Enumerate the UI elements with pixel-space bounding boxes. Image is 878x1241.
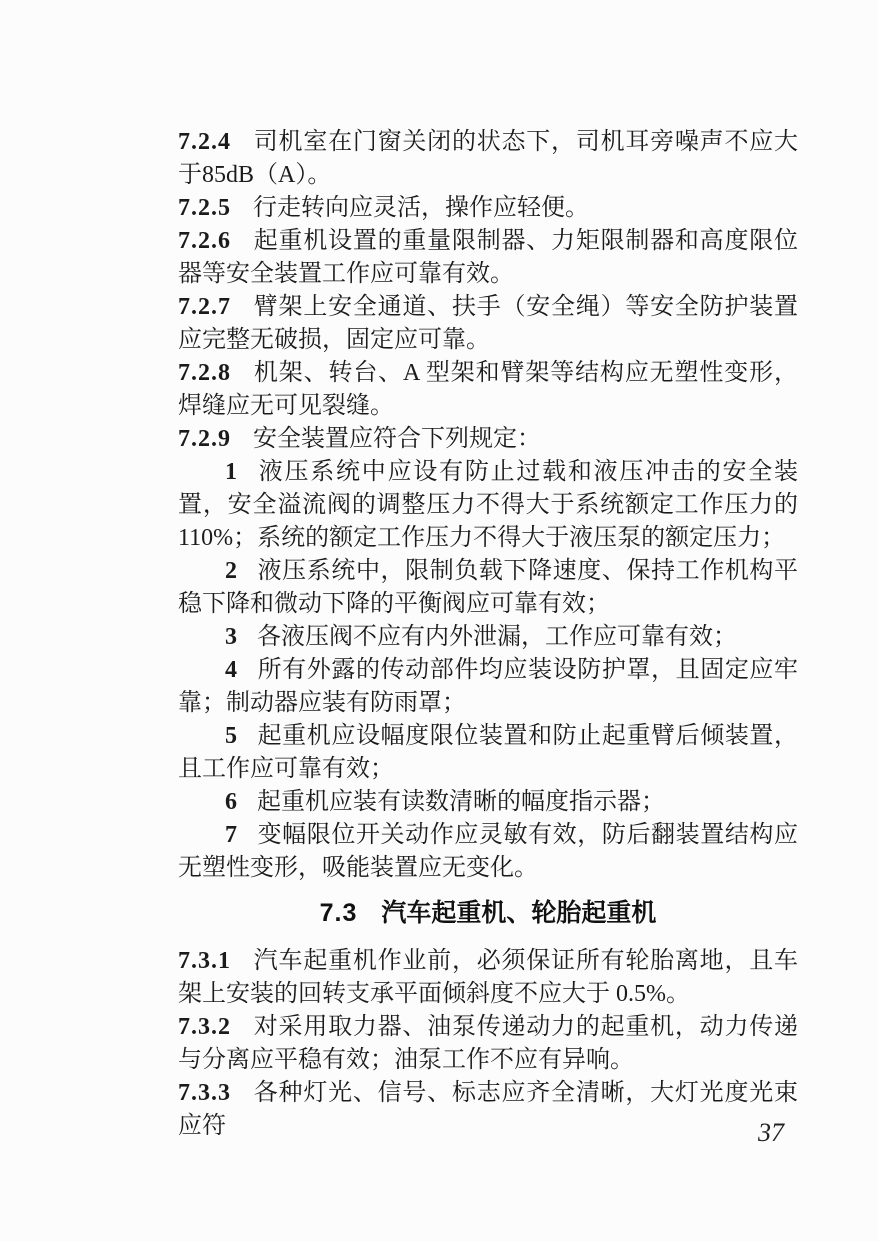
clause-7-3-2: 7.3.2对采用取力器、油泵传递动力的起重机，动力传递与分离应平稳有效；油泵工作…	[178, 1011, 798, 1077]
document-page: 7.2.4司机室在门窗关闭的状态下，司机耳旁噪声不应大于85dB（A）。 7.2…	[0, 0, 878, 1241]
clause-number: 7.2.9	[178, 426, 231, 452]
clause-text: 安全装置应符合下列规定：	[253, 426, 541, 452]
page-body-text: 7.2.4司机室在门窗关闭的状态下，司机耳旁噪声不应大于85dB（A）。 7.2…	[178, 126, 798, 1143]
item-number: 5	[225, 723, 237, 749]
section-heading: 7.3汽车起重机、轮胎起重机	[178, 893, 798, 933]
section-heading-title: 汽车起重机、轮胎起重机	[381, 899, 656, 927]
clause-text: 汽车起重机作业前，必须保证所有轮胎离地，且车架上安装的回转支承平面倾斜度不应大于…	[178, 948, 798, 1007]
clause-number: 7.3.2	[178, 1014, 231, 1040]
item-number: 7	[225, 822, 237, 848]
item-text: 起重机应装有读数清晰的幅度指示器；	[257, 789, 665, 815]
list-item-3: 3各液压阀不应有内外泄漏，工作应可靠有效；	[178, 621, 798, 654]
item-text: 各液压阀不应有内外泄漏，工作应可靠有效；	[257, 624, 737, 650]
item-number: 2	[225, 558, 237, 584]
page-number: 37	[178, 1116, 784, 1149]
clause-number: 7.2.4	[178, 129, 231, 155]
clause-number: 7.2.8	[178, 360, 231, 386]
list-item-4: 4所有外露的传动部件均应装设防护罩，且固定应牢靠；制动器应装有防雨罩；	[178, 654, 798, 720]
list-item-2: 2液压系统中，限制负载下降速度、保持工作机构平稳下降和微动下降的平衡阀应可靠有效…	[178, 555, 798, 621]
clause-number: 7.2.5	[178, 195, 231, 221]
item-text: 变幅限位开关动作应灵敏有效，防后翻装置结构应无塑性变形，吸能装置应无变化。	[178, 822, 798, 881]
clause-text: 司机室在门窗关闭的状态下，司机耳旁噪声不应大于85dB（A）。	[178, 129, 798, 188]
list-item-6: 6起重机应装有读数清晰的幅度指示器；	[178, 786, 798, 819]
list-item-7: 7变幅限位开关动作应灵敏有效，防后翻装置结构应无塑性变形，吸能装置应无变化。	[178, 819, 798, 885]
list-item-5: 5起重机应设幅度限位装置和防止起重臂后倾装置，且工作应可靠有效；	[178, 720, 798, 786]
item-text: 液压系统中，限制负载下降速度、保持工作机构平稳下降和微动下降的平衡阀应可靠有效；	[178, 558, 798, 617]
clause-7-2-6: 7.2.6起重机设置的重量限制器、力矩限制器和高度限位器等安全装置工作应可靠有效…	[178, 225, 798, 291]
clause-number: 7.3.1	[178, 948, 231, 974]
clause-number: 7.2.7	[178, 294, 231, 320]
clause-number: 7.2.6	[178, 228, 231, 254]
item-text: 液压系统中应设有防止过载和液压冲击的安全装置，安全溢流阀的调整压力不得大于系统额…	[178, 459, 798, 551]
clause-7-2-4: 7.2.4司机室在门窗关闭的状态下，司机耳旁噪声不应大于85dB（A）。	[178, 126, 798, 192]
clause-text: 机架、转台、A 型架和臂架等结构应无塑性变形，焊缝应无可见裂缝。	[178, 360, 798, 419]
item-text: 所有外露的传动部件均应装设防护罩，且固定应牢靠；制动器应装有防雨罩；	[178, 657, 798, 716]
item-text: 起重机应设幅度限位装置和防止起重臂后倾装置，且工作应可靠有效；	[178, 723, 798, 782]
section-heading-number: 7.3	[320, 899, 358, 927]
clause-text: 起重机设置的重量限制器、力矩限制器和高度限位器等安全装置工作应可靠有效。	[178, 228, 798, 287]
clause-7-2-8: 7.2.8机架、转台、A 型架和臂架等结构应无塑性变形，焊缝应无可见裂缝。	[178, 357, 798, 423]
clause-text: 臂架上安全通道、扶手（安全绳）等安全防护装置应完整无破损，固定应可靠。	[178, 294, 798, 353]
item-number: 6	[225, 789, 237, 815]
clause-7-2-9: 7.2.9安全装置应符合下列规定：	[178, 423, 798, 456]
clause-text: 行走转向应灵活，操作应轻便。	[253, 195, 589, 221]
clause-number: 7.3.3	[178, 1080, 231, 1106]
item-number: 1	[225, 459, 237, 485]
clause-7-2-7: 7.2.7臂架上安全通道、扶手（安全绳）等安全防护装置应完整无破损，固定应可靠。	[178, 291, 798, 357]
item-number: 4	[225, 657, 237, 683]
clause-7-2-5: 7.2.5行走转向应灵活，操作应轻便。	[178, 192, 798, 225]
list-item-1: 1液压系统中应设有防止过载和液压冲击的安全装置，安全溢流阀的调整压力不得大于系统…	[178, 456, 798, 555]
clause-7-3-1: 7.3.1汽车起重机作业前，必须保证所有轮胎离地，且车架上安装的回转支承平面倾斜…	[178, 945, 798, 1011]
item-number: 3	[225, 624, 237, 650]
clause-text: 对采用取力器、油泵传递动力的起重机，动力传递与分离应平稳有效；油泵工作不应有异响…	[178, 1014, 798, 1073]
